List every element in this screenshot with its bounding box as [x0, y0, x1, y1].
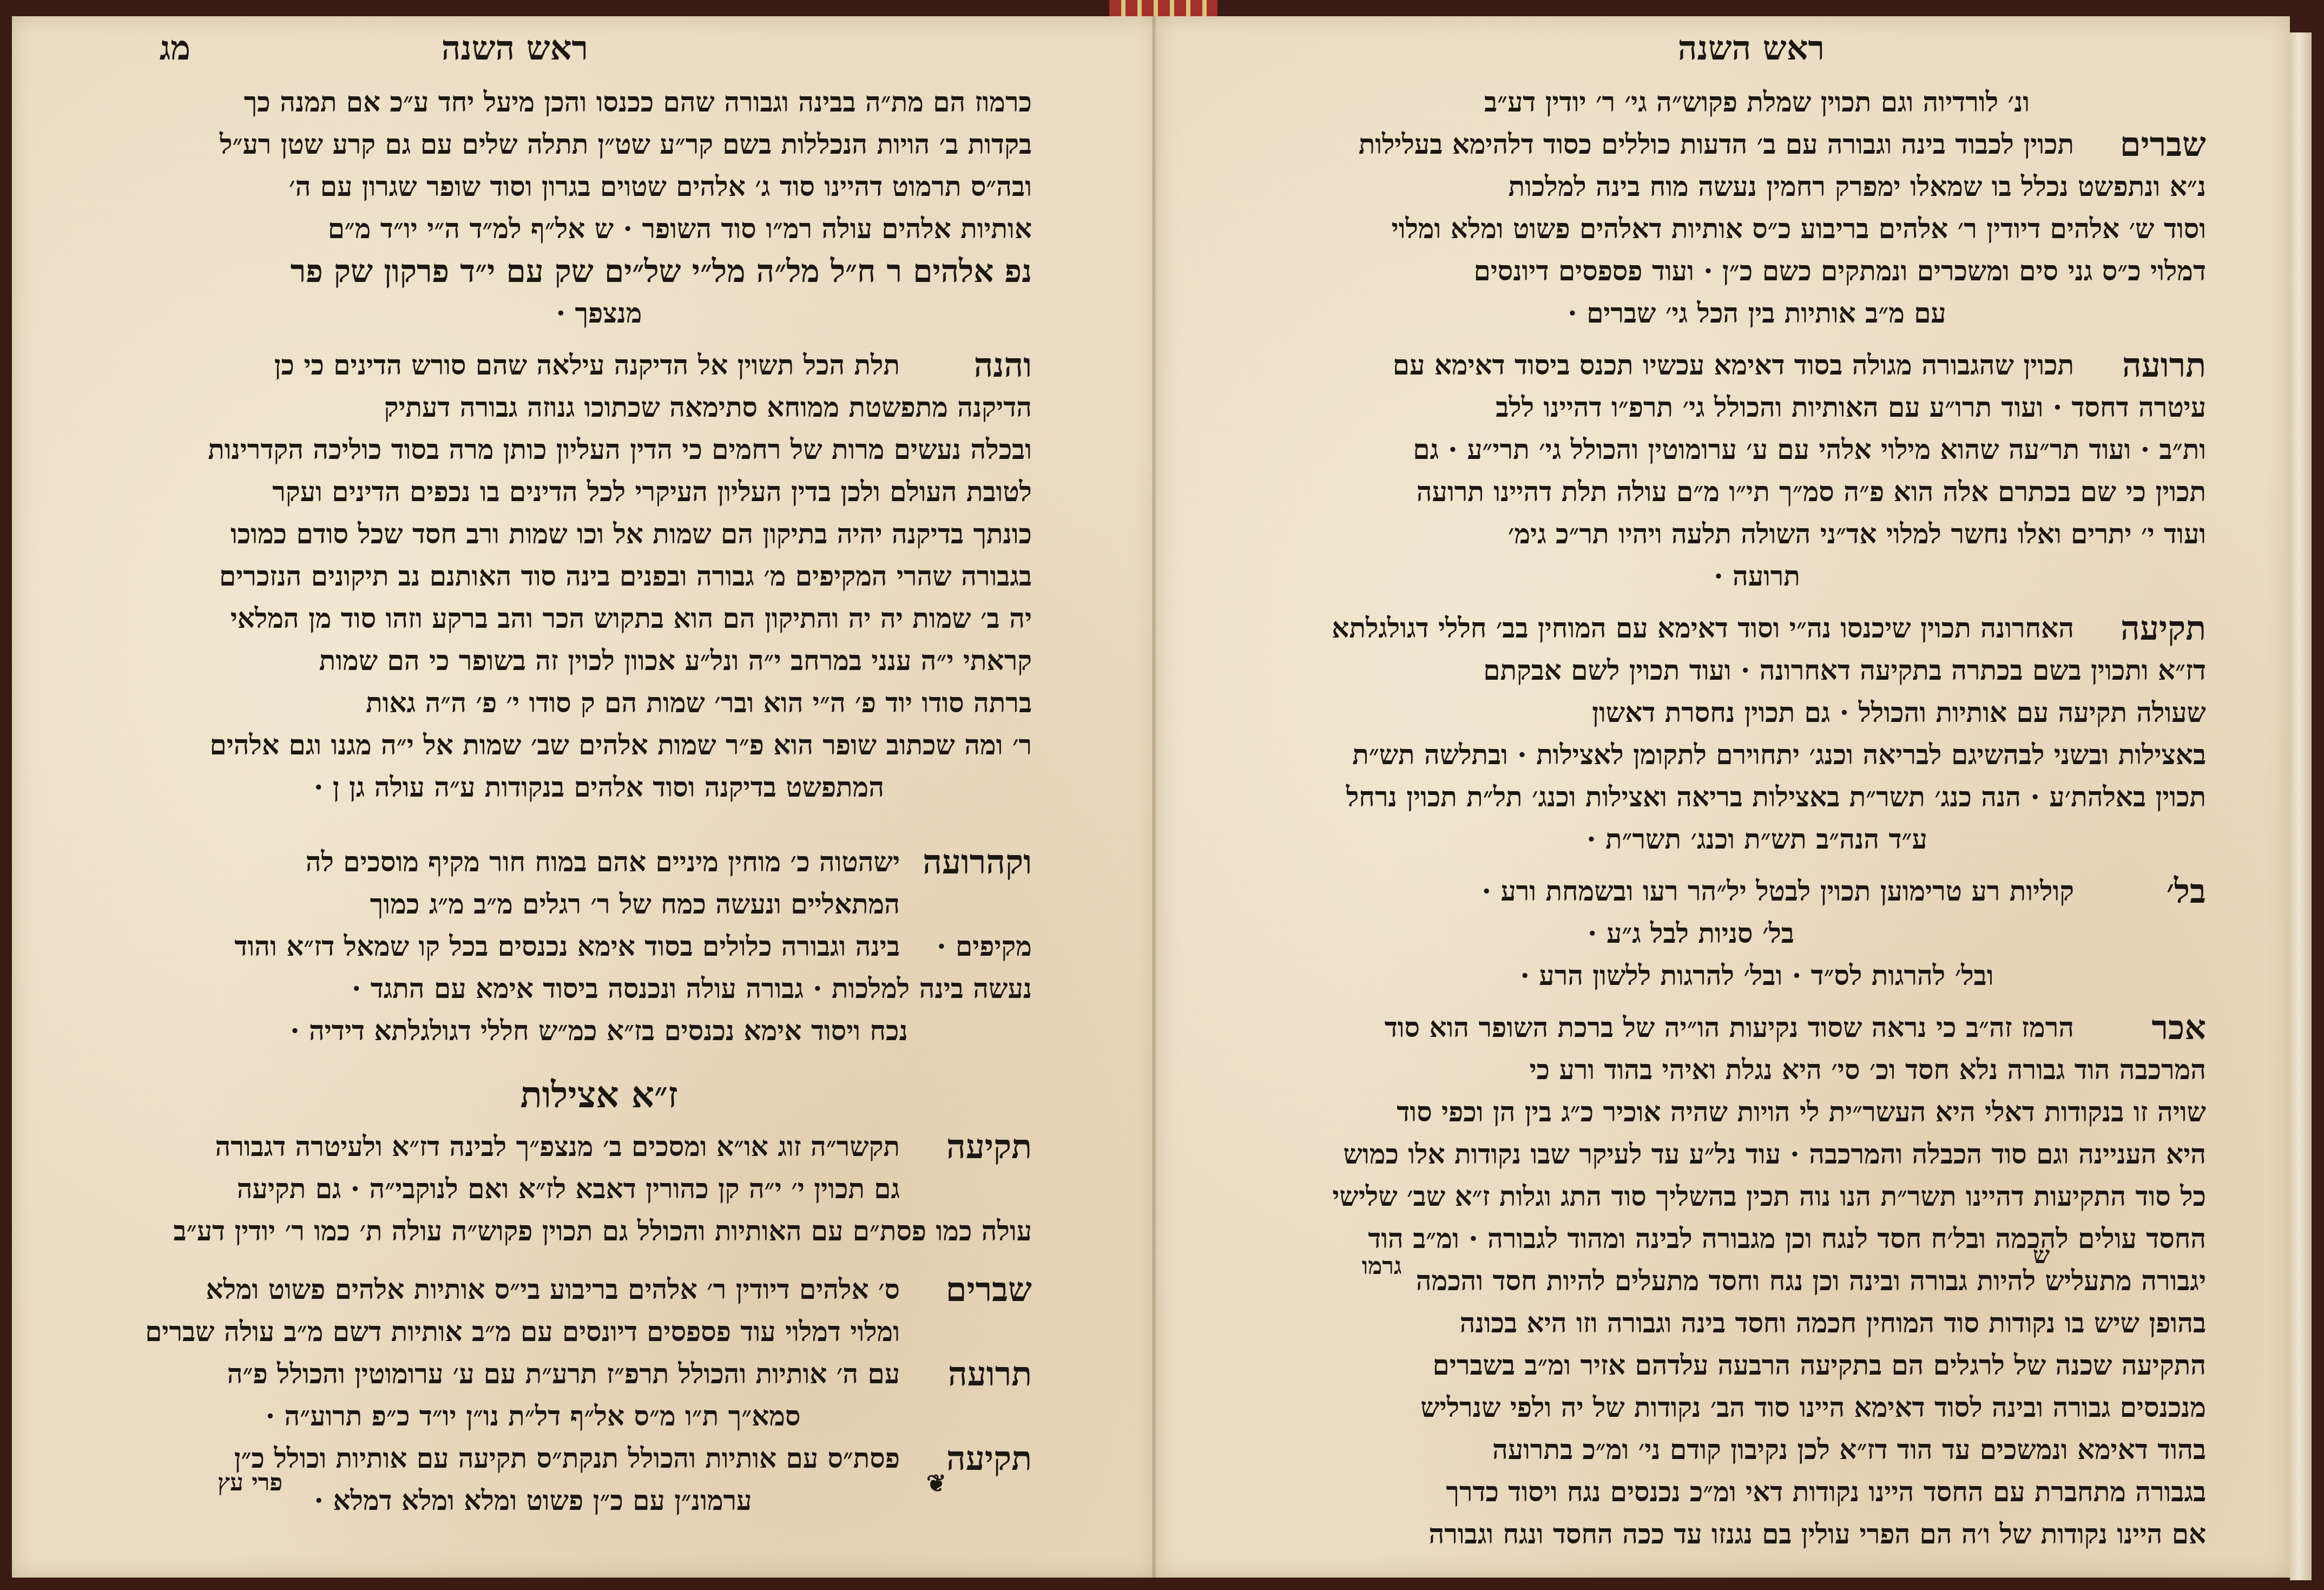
- text-line: היא העניינה וגם סוד הכבלה והמרכבה · עוד …: [1308, 1133, 2206, 1175]
- text-line: תלת הכל תשוין אל הדיקנה עילאה שהם סורש ה…: [166, 344, 900, 386]
- block-label: אכר: [2087, 1007, 2206, 1049]
- text-line: וסוד ש׳ אלהים דיודין ר׳ אלהים בריבוע כ״ס…: [1308, 208, 2206, 250]
- spine-headband: [1109, 0, 1217, 16]
- text-line: ונ׳ לורדיוה וגם תכוין שמלת פקוש״ה גי׳ ר׳…: [1308, 81, 2206, 123]
- catchword: פרי עץ: [218, 1469, 282, 1496]
- text-block: מקיפים · בינה וגבורה כלולים בסוד אימא נכ…: [166, 925, 1032, 968]
- running-title: ראש השנה: [442, 28, 588, 68]
- block-text: קוליות רע טרימוען תכוין לבטל יל״הר רעו ו…: [1308, 870, 2074, 955]
- text-line: בהוד דאימא ונמשכים עד הוד דז״א לכן נקיבו…: [1308, 1429, 2206, 1471]
- signature-mark: ש: [2033, 1241, 2050, 1269]
- text-line: המרכבה הוד גבורה נלא חסד וכ׳ סי׳ היא נגל…: [1308, 1049, 2206, 1091]
- shofar-block-shevarim: שברים ס׳ אלהים דיודין ר׳ אלהים בריבוע בי…: [166, 1269, 1032, 1353]
- block-text: תכוין שהגבורה מגולה בסוד דאימא עכשיו תכנ…: [1308, 344, 2074, 386]
- text-line: יה ב׳ שמות יה יה והתיקון הם הוא בתקוש הכ…: [166, 597, 1032, 640]
- text-line: כונתך בדיקנה יהיה בתיקון הם שמות אל וכו …: [166, 513, 1032, 555]
- block-text: ישהטוה כ׳ מוחין מיניים אהם במוח חור מקיף…: [166, 841, 900, 925]
- text-line: נ״א ונתפשט נכלל בו שמאלו ימפרק רחמין נעש…: [1308, 166, 2206, 208]
- text-line: אותיות אלהים עולה רמ״ו סוד השופר · ש אל״…: [166, 208, 1032, 250]
- shofar-block-tekiah: תקיעה תקשר״ה זוג או״א ומסכים ב׳ מנצפ״ך ל…: [166, 1126, 1032, 1210]
- block-label: שברים: [913, 1269, 1032, 1353]
- text-line: עולה כמו פסת״ם עם האותיות והכולל גם תכוי…: [166, 1210, 1032, 1252]
- text-line: ס׳ אלהים דיודין ר׳ אלהים בריבוע בי״ס אות…: [145, 1269, 900, 1311]
- text-line: תכוין כי שם בכתרם אלה הוא פ״ה סמ״ך תי״ו …: [1308, 471, 2206, 513]
- text-line: גם תכוין י׳ י״ה קן כהורין דאבא לז״א ואם …: [166, 1168, 900, 1210]
- text-line: עם מ״ב אותיות בין הכל גי׳ שברים ·: [1308, 292, 2206, 334]
- text-block: וקהרועה ישהטוה כ׳ מוחין מיניים אהם במוח …: [166, 841, 1032, 925]
- text-line: קוליות רע טרימוען תכוין לבטל יל״הר רעו ו…: [1308, 870, 2074, 912]
- text-line: המתאליים ונעשה כמח של ר׳ רגלים מ״ב מ״ג כ…: [166, 883, 900, 925]
- block-label: והנה: [913, 344, 1032, 386]
- block-text: הרמז זה״ב כי נראה שסוד נקיעות הו״יה של ב…: [1308, 1007, 2074, 1049]
- text-line: מנצפך ·: [166, 292, 1032, 334]
- block-label: תקיעה: [913, 1126, 1032, 1210]
- shofar-block-teruah: תרועה עם ה׳ אותיות והכולל תרפ״ז תרע״ת עם…: [166, 1353, 1032, 1437]
- text-line: מנכנסים גבורה ובינה לסוד דאימא היינו סוד…: [1308, 1387, 2206, 1429]
- block-text: עם ה׳ אותיות והכולל תרפ״ז תרע״ת עם ע׳ ער…: [166, 1353, 900, 1437]
- text-line: המתפשט בדיקנה וסוד אלהים בנקודות ע״ה עול…: [166, 766, 1032, 809]
- text-line: התקיעה שכנה של לרגלים הם בתקיעה הרבעה על…: [1308, 1344, 2206, 1387]
- text-line: אם היינו נקודות של ו׳ה הם הפרי עולין בם …: [1308, 1513, 2206, 1555]
- text-line: בל׳ סניות לבל ג״ע ·: [1308, 912, 2074, 955]
- text-line: שויה זו בנקודות דאלי היא העשר״ית לי הויו…: [1308, 1091, 2206, 1133]
- text-line: תרועה ·: [1308, 555, 2206, 597]
- text-line: סמא״ך ת״ו מ״ס אל״ף דל״ת נו״ן יו״ד כ״פ תר…: [166, 1395, 900, 1437]
- right-page-body: ונ׳ לורדיוה וגם תכוין שמלת פקוש״ה גי׳ ר׳…: [1308, 81, 2206, 1555]
- text-line: ות״ב · ועוד תר״עה שהוא מילוי אלהי עם ע׳ …: [1308, 429, 2206, 471]
- text-line: כרמוז הם מת״ה בבינה וגבורה שהם ככנסו והכ…: [166, 81, 1032, 123]
- text-line: קראתי י״ה ענני במרחב י״ה ונל״ע אכוון לכו…: [166, 640, 1032, 682]
- block-text: בינה וגבורה כלולים בסוד אימא נכנסים בכל …: [166, 925, 900, 968]
- block-text: תקשר״ה זוג או״א ומסכים ב׳ מנצפ״ך לבינה ד…: [166, 1126, 900, 1210]
- text-block-tekiah: תקיעה האחרונה תכוין שיכנסו נה״י וסוד דאי…: [1308, 607, 2206, 649]
- ornament-icon: ❦: [926, 1470, 946, 1497]
- text-line: בגבורה מתחברת עם החסד היינו נקודות דאי ו…: [1308, 1471, 2206, 1513]
- text-line: ר׳ ומה שכתוב שופר הוא פ״ר שמות אלהים שב׳…: [166, 724, 1032, 766]
- text-line: הדיקנה מתפשטת ממוחא סתימאה שכתוכו גנוזה …: [166, 386, 1032, 429]
- page-fore-edge: [2290, 32, 2312, 1580]
- block-text: האחרונה תכוין שיכנסו נה״י וסוד דאימא עם …: [1308, 607, 2074, 649]
- catchword: גרמו: [1362, 1252, 1401, 1280]
- text-line: בגבורה שהרי המקיפים מ׳ גבורה ובפנים בינה…: [166, 555, 1032, 597]
- left-page: ראש השנה מג כרמוז הם מת״ה בבינה וגבורה ש…: [12, 16, 1157, 1578]
- text-line: האחרונה תכוין שיכנסו נה״י וסוד דאימא עם …: [1308, 607, 2074, 649]
- text-line: עיטרה דחסד · ועוד תרו״ע עם האותיות והכול…: [1308, 386, 2206, 429]
- text-line: באצילות ובשני לבהשיגם לבריאה וכנג׳ יתחוי…: [1308, 734, 2206, 776]
- text-line: לטובת העולם ולכן בדין העליון העיקרי לכל …: [166, 471, 1032, 513]
- block-label: וקהרועה: [913, 841, 1032, 925]
- folio-number: מג: [160, 28, 190, 68]
- text-line: ובכלה נעשים מרות של רחמים כי הדין העליון…: [166, 429, 1032, 471]
- block-text: ס׳ אלהים דיודין ר׳ אלהים בריבוע בי״ס אות…: [145, 1269, 900, 1353]
- text-line: יגבורה מתעליש להיות גבורה ובינה וכן נגח …: [1308, 1260, 2206, 1302]
- text-line: נעשה בינה למלכות · גבורה עולה ונכנסה ביס…: [166, 968, 1032, 1010]
- text-line: בינה וגבורה כלולים בסוד אימא נכנסים בכל …: [166, 925, 900, 968]
- text-line: בקדות ב׳ הויות הנכללות בשם קר״ע שט״ן תתל…: [166, 123, 1032, 166]
- text-line: דז״א ותכוין בשם בכתרה בתקיעה דאחרונה · ו…: [1308, 649, 2206, 692]
- block-label: מקיפים ·: [913, 925, 1032, 968]
- block-label: שברים: [2087, 123, 2206, 166]
- text-line: תקשר״ה זוג או״א ומסכים ב׳ מנצפ״ך לבינה ד…: [166, 1126, 900, 1168]
- block-label: תרועה: [2087, 344, 2206, 386]
- block-text: תלת הכל תשוין אל הדיקנה עילאה שהם סורש ה…: [166, 344, 900, 386]
- text-block-teruah: תרועה תכוין שהגבורה מגולה בסוד דאימא עכש…: [1308, 344, 2206, 386]
- section-heading: ז״א אצילות: [166, 1074, 1032, 1116]
- text-line: נפ אלהים ר ח״ל מל״ה מל״י של״ים שק עם י״ד…: [166, 250, 1032, 292]
- text-line: עם ה׳ אותיות והכולל תרפ״ז תרע״ת עם ע׳ ער…: [166, 1353, 900, 1395]
- right-page: ראש השנה ונ׳ לורדיוה וגם תכוין שמלת פקוש…: [1156, 16, 2290, 1578]
- text-line: תכוין שהגבורה מגולה בסוד דאימא עכשיו תכנ…: [1308, 344, 2074, 386]
- text-line: בהופן שיש בו נקודות סוד המוחין חכמה וחסד…: [1308, 1302, 2206, 1344]
- text-line: תכוין לכבוד בינה וגבורה עם ב׳ הדעות כולל…: [1308, 123, 2074, 166]
- running-title: ראש השנה: [1678, 28, 1825, 68]
- text-line: ברתה סודו יוד פ׳ ה״י הוא ובר׳ שמות הם ק …: [166, 682, 1032, 724]
- text-line: תכוין באלהת׳ע · הנה כנג׳ תשר״ת באצילות ב…: [1308, 776, 2206, 818]
- text-block-amar: אכר הרמז זה״ב כי נראה שסוד נקיעות הו״יה …: [1308, 1007, 2206, 1049]
- text-line: כל סוד התקיעות דהיינו תשר״ת הנו נוה תכין…: [1308, 1175, 2206, 1218]
- block-label: תרועה: [913, 1353, 1032, 1437]
- text-line: דמלוי כ״ס גני סים ומשכרים ונמתקים כשם כ״…: [1308, 250, 2206, 292]
- text-line: נכח ויסוד אימא נכנסים בז״א כמ״ש חללי דגו…: [166, 1010, 1032, 1052]
- text-line: שעולה תקיעה עם אותיות והכולל · גם תכוין …: [1308, 692, 2206, 734]
- block-label: בל׳: [2087, 870, 2206, 955]
- text-line: ובל׳ להרגות לס״ד · ובל׳ להרגות ללשון הרע…: [1308, 955, 2206, 997]
- text-line: ישהטוה כ׳ מוחין מיניים אהם במוח חור מקיף…: [166, 841, 900, 883]
- block-label: תקיעה: [2087, 607, 2206, 649]
- text-block-bal: בל׳ קוליות רע טרימוען תכוין לבטל יל״הר ר…: [1308, 870, 2206, 955]
- text-line: הרמז זה״ב כי נראה שסוד נקיעות הו״יה של ב…: [1308, 1007, 2074, 1049]
- block-text: תכוין לכבוד בינה וגבורה עם ב׳ הדעות כולל…: [1308, 123, 2074, 166]
- text-line: ועוד י׳ יתרים ואלו נחשר למלוי אד״ני השול…: [1308, 513, 2206, 555]
- shofar-block-tekiah-final: תקיעה פסת״ס עם אותיות והכולל תנקת״ס תקיע…: [166, 1437, 1032, 1522]
- text-block: והנה תלת הכל תשוין אל הדיקנה עילאה שהם ס…: [166, 344, 1032, 386]
- text-line: ומלוי דמלוי עוד פספסים דיונסים עם מ״ב או…: [145, 1311, 900, 1353]
- text-line: החסד עולים להכמה ובל׳ח חסד לנגח וכן מגבו…: [1308, 1218, 2206, 1260]
- text-line: ע״ד הנה״ב תש״ת וכנג׳ תשר״ת ·: [1308, 818, 2206, 860]
- left-page-body: כרמוז הם מת״ה בבינה וגבורה שהם ככנסו והכ…: [166, 81, 1032, 1522]
- text-block-shevarim: שברים תכוין לכבוד בינה וגבורה עם ב׳ הדעו…: [1308, 123, 2206, 166]
- text-line: ובה״ס תרמוט דהיינו סוד ג׳ אלהים שטוים בג…: [166, 166, 1032, 208]
